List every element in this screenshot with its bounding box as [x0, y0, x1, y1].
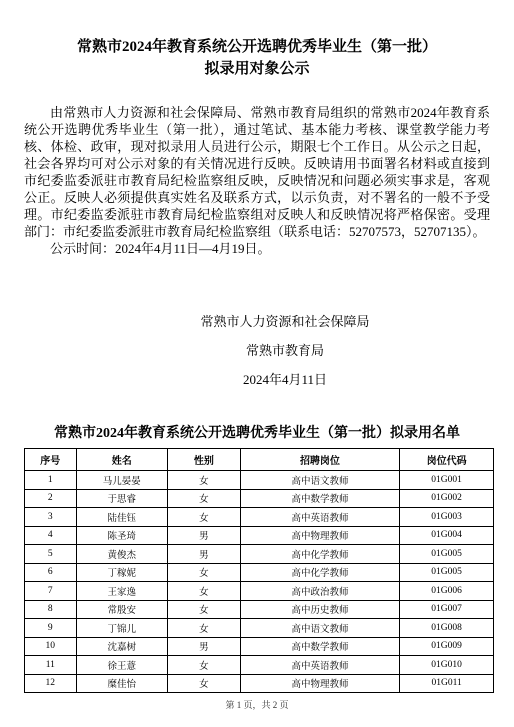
table-cell: 马儿晏晏: [76, 471, 167, 490]
table-cell: 高中语文教师: [240, 619, 399, 638]
table-cell: 女: [168, 471, 241, 490]
table-row: 11徐王薏女高中英语教师01G010: [25, 656, 494, 675]
table-cell: 6: [25, 563, 77, 582]
issue-date: 2024年4月11日: [52, 365, 514, 394]
table-row: 7王家逸女高中政治教师01G006: [25, 582, 494, 601]
table-cell: 于思睿: [76, 489, 167, 508]
table-cell: 01G006: [400, 582, 494, 601]
table-cell: 女: [168, 508, 241, 527]
document-page: 常熟市2024年教育系统公开选聘优秀毕业生（第一批） 拟录用对象公示 由常熟市人…: [0, 0, 514, 727]
document-title: 常熟市2024年教育系统公开选聘优秀毕业生（第一批） 拟录用对象公示: [24, 36, 490, 80]
table-cell: 01G010: [400, 656, 494, 675]
table-cell: 高中英语教师: [240, 656, 399, 675]
table-cell: 高中语文教师: [240, 471, 399, 490]
table-cell: 糜佳怡: [76, 674, 167, 693]
column-header-name: 姓名: [76, 449, 167, 471]
table-cell: 7: [25, 582, 77, 601]
table-header-row: 序号 姓名 性别 招聘岗位 岗位代码: [25, 449, 494, 471]
table-cell: 8: [25, 600, 77, 619]
table-cell: 丁稼妮: [76, 563, 167, 582]
roster-table-body: 1马儿晏晏女高中语文教师01G0012于思睿女高中数学教师01G0023陆佳钰女…: [25, 471, 494, 693]
table-cell: 01G008: [400, 619, 494, 638]
table-cell: 01G003: [400, 508, 494, 527]
column-header-position: 招聘岗位: [240, 449, 399, 471]
table-cell: 女: [168, 656, 241, 675]
table-row: 3陆佳钰女高中英语教师01G003: [25, 508, 494, 527]
table-cell: 10: [25, 637, 77, 656]
table-row: 12糜佳怡女高中物理教师01G011: [25, 674, 494, 693]
table-cell: 01G007: [400, 600, 494, 619]
table-row: 6丁稼妮女高中化学教师01G005: [25, 563, 494, 582]
table-cell: 01G009: [400, 637, 494, 656]
table-cell: 12: [25, 674, 77, 693]
roster-table-title: 常熟市2024年教育系统公开选聘优秀毕业生（第一批）拟录用名单: [24, 422, 490, 442]
table-cell: 女: [168, 619, 241, 638]
column-header-gender: 性别: [168, 449, 241, 471]
table-row: 5黄俊杰男高中化学教师01G005: [25, 545, 494, 564]
table-cell: 女: [168, 563, 241, 582]
table-cell: 01G004: [400, 526, 494, 545]
table-row: 8常殷安女高中历史教师01G007: [25, 600, 494, 619]
table-cell: 黄俊杰: [76, 545, 167, 564]
table-cell: 高中历史教师: [240, 600, 399, 619]
table-cell: 女: [168, 489, 241, 508]
table-row: 9丁锦儿女高中语文教师01G008: [25, 619, 494, 638]
table-cell: 1: [25, 471, 77, 490]
table-cell: 沈嘉树: [76, 637, 167, 656]
issuer-education-bureau: 常熟市教育局: [52, 336, 514, 365]
table-cell: 01G005: [400, 563, 494, 582]
document-title-line-1: 常熟市2024年教育系统公开选聘优秀毕业生（第一批）: [24, 36, 490, 58]
column-header-number: 序号: [25, 449, 77, 471]
table-cell: 9: [25, 619, 77, 638]
table-cell: 01G011: [400, 674, 494, 693]
table-cell: 2: [25, 489, 77, 508]
table-cell: 高中政治教师: [240, 582, 399, 601]
table-row: 10沈嘉树男高中数学教师01G009: [25, 637, 494, 656]
table-cell: 男: [168, 637, 241, 656]
table-cell: 女: [168, 674, 241, 693]
table-cell: 徐王薏: [76, 656, 167, 675]
page-number-indicator: 第 1 页，共 2 页: [0, 698, 514, 711]
table-cell: 高中物理教师: [240, 674, 399, 693]
table-cell: 01G002: [400, 489, 494, 508]
table-cell: 女: [168, 582, 241, 601]
column-header-code: 岗位代码: [400, 449, 494, 471]
issuer-hr-bureau: 常熟市人力资源和社会保障局: [52, 307, 514, 336]
roster-table: 序号 姓名 性别 招聘岗位 岗位代码 1马儿晏晏女高中语文教师01G0012于思…: [24, 448, 494, 693]
table-cell: 陆佳钰: [76, 508, 167, 527]
table-cell: 丁锦儿: [76, 619, 167, 638]
table-cell: 高中化学教师: [240, 545, 399, 564]
table-row: 1马儿晏晏女高中语文教师01G001: [25, 471, 494, 490]
table-cell: 陈圣琦: [76, 526, 167, 545]
table-cell: 王家逸: [76, 582, 167, 601]
table-cell: 01G001: [400, 471, 494, 490]
table-cell: 男: [168, 526, 241, 545]
table-row: 4陈圣琦男高中物理教师01G004: [25, 526, 494, 545]
table-cell: 常殷安: [76, 600, 167, 619]
table-cell: 4: [25, 526, 77, 545]
table-row: 2于思睿女高中数学教师01G002: [25, 489, 494, 508]
table-cell: 高中英语教师: [240, 508, 399, 527]
table-cell: 女: [168, 600, 241, 619]
table-cell: 高中数学教师: [240, 489, 399, 508]
table-cell: 11: [25, 656, 77, 675]
announcement-paragraph: 由常熟市人力资源和社会保障局、常熟市教育局组织的常熟市2024年教育系统公开选聘…: [24, 104, 490, 240]
table-cell: 01G005: [400, 545, 494, 564]
table-cell: 3: [25, 508, 77, 527]
document-title-line-2: 拟录用对象公示: [24, 58, 490, 80]
document-body: 由常熟市人力资源和社会保障局、常熟市教育局组织的常熟市2024年教育系统公开选聘…: [24, 104, 490, 257]
table-cell: 高中数学教师: [240, 637, 399, 656]
signature-block: 常熟市人力资源和社会保障局 常熟市教育局 2024年4月11日: [52, 307, 514, 394]
table-cell: 5: [25, 545, 77, 564]
publicity-period-paragraph: 公示时间：2024年4月11日—4月19日。: [24, 240, 490, 257]
table-cell: 高中化学教师: [240, 563, 399, 582]
table-cell: 高中物理教师: [240, 526, 399, 545]
table-cell: 男: [168, 545, 241, 564]
